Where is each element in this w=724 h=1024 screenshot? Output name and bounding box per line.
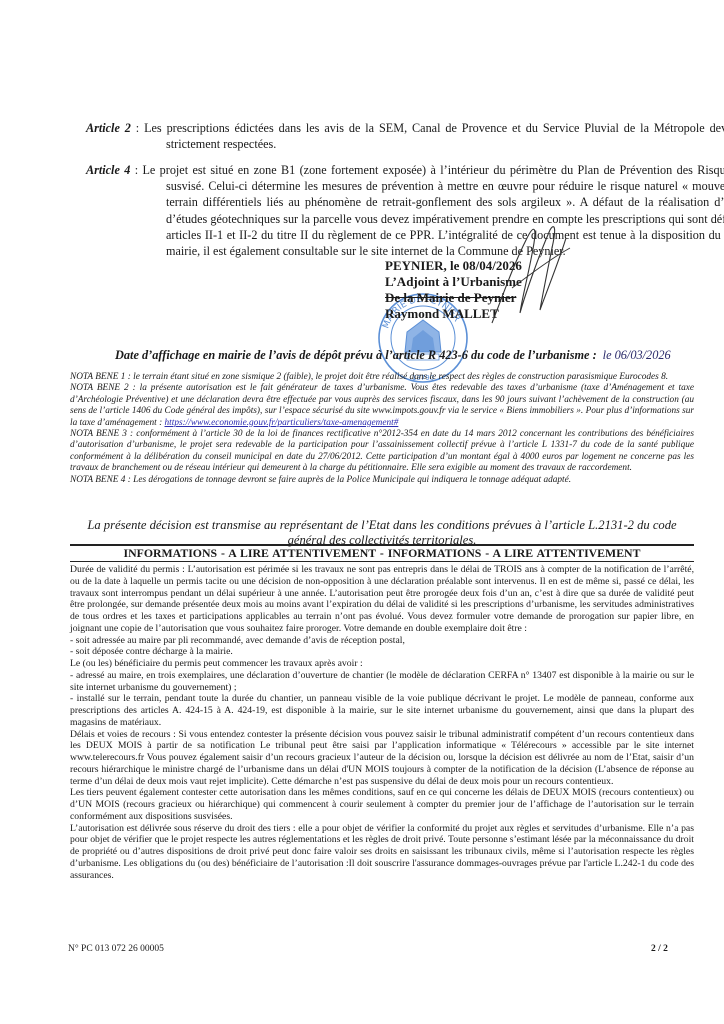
- info-paragraph: Durée de validité du permis : L’autorisa…: [70, 564, 694, 635]
- informations-text: Durée de validité du permis : L’autorisa…: [70, 564, 694, 881]
- informations-box: INFORMATIONS - A LIRE ATTENTIVEMENT - IN…: [70, 544, 694, 881]
- info-paragraph: Le (ou les) bénéficiaire du permis peut …: [70, 658, 694, 670]
- handwritten-signature-icon: [482, 218, 572, 328]
- article-4: Article 4 : Le projet est situé en zone …: [86, 162, 724, 259]
- nota-bene-3: NOTA BENE 3 : conformément à l’article 3…: [70, 429, 694, 475]
- page-number: 2 / 2: [651, 944, 668, 954]
- article-4-text: : Le projet est situé en zone B1 (zone f…: [130, 163, 724, 258]
- article-2-text: : Les prescriptions édictées dans les av…: [131, 121, 724, 151]
- informations-header: INFORMATIONS - A LIRE ATTENTIVEMENT - IN…: [70, 544, 694, 562]
- info-paragraph: - installé sur le terrain, pendant toute…: [70, 693, 694, 728]
- article-2: Article 2 : Les prescriptions édictées d…: [86, 120, 724, 152]
- info-paragraph: - adressé au maire, en trois exemplaires…: [70, 670, 694, 694]
- nota-bene-4: NOTA BENE 4 : Les dérogations de tonnage…: [70, 475, 694, 486]
- affichage-label: Date d’affichage en mairie de l’avis de …: [115, 348, 597, 362]
- info-paragraph: Les tiers peuvent également contester ce…: [70, 787, 694, 822]
- info-paragraph: L’autorisation est délivrée sous réserve…: [70, 823, 694, 882]
- info-paragraph: - soit déposée contre décharge à la mair…: [70, 646, 694, 658]
- document-page: Article 2 : Les prescriptions édictées d…: [0, 0, 724, 1024]
- article-2-label: Article 2: [86, 121, 131, 135]
- permit-reference: N° PC 013 072 26 00005: [68, 944, 164, 954]
- affichage-line: Date d’affichage en mairie de l’avis de …: [115, 348, 671, 363]
- taxe-amenagement-link[interactable]: https://www.economie.gouv.fr/particulier…: [165, 418, 399, 428]
- article-4-label: Article 4: [86, 163, 130, 177]
- info-paragraph: Délais et voies de recours : Si vous ent…: [70, 729, 694, 788]
- info-paragraph: - soit adressée au maire par pli recomma…: [70, 635, 694, 647]
- nota-bene-2: NOTA BENE 2 : la présente autorisation e…: [70, 383, 694, 429]
- affichage-date: le 06/03/2026: [603, 348, 671, 362]
- nota-bene-1: NOTA BENE 1 : le terrain étant situé en …: [70, 372, 694, 383]
- transmission-notice: La présente décision est transmise au re…: [72, 518, 692, 547]
- nota-bene-section: NOTA BENE 1 : le terrain étant situé en …: [70, 372, 694, 486]
